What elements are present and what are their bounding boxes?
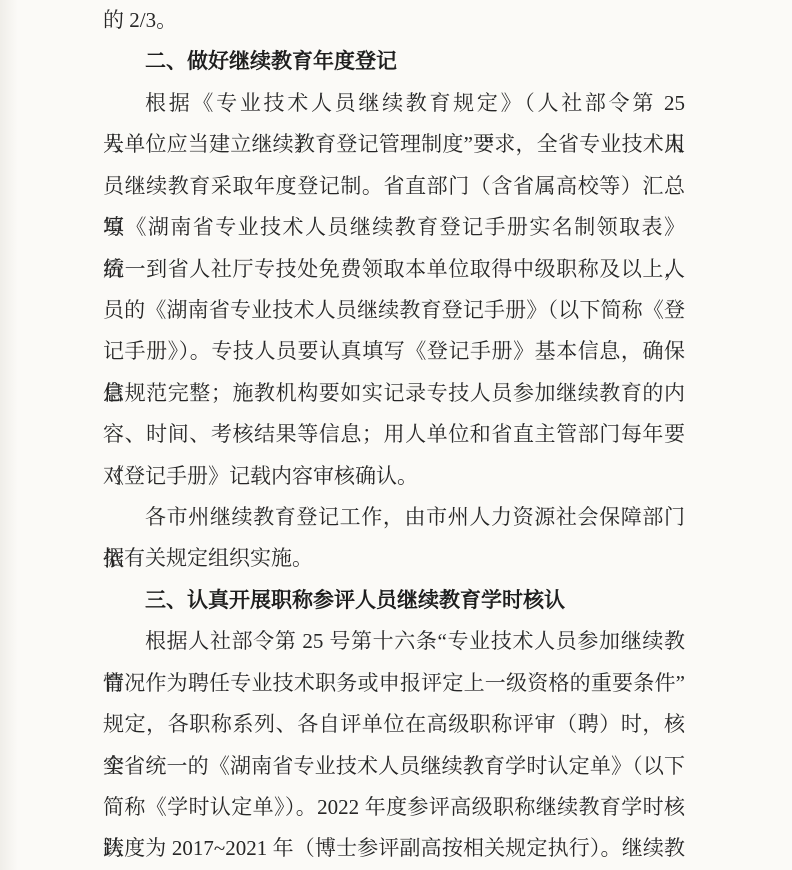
text-line: 根据人社部令第 25 号第十六条“专业技术人员参加继续教育 (103, 621, 685, 662)
text-line: 规定，各职称系列、各自评单位在高级职称评审（聘）时，核实 (103, 704, 685, 745)
text-line: 情况作为聘任专业技术职务或申报评定上一级资格的重要条件” (103, 663, 685, 704)
text-line: 跨度为 2017~2021 年（博士参评副高按相关规定执行）。继续教 (103, 828, 685, 869)
text-line: 统一到省人社厅专技处免费领取本单位取得中级职称及以上人 (103, 249, 685, 290)
section-heading: 三、认真开展职称参评人员继续教育学时核认 (103, 580, 685, 621)
text-line: 记手册》）。专技人员要认真填写《登记手册》基本信息，确保信 (103, 331, 685, 372)
text-line: 全省统一的《湖南省专业技术人员继续教育学时认定单》（以下 (103, 746, 685, 787)
document-page: 的 2/3。二、做好继续教育年度登记根据《专业技术人员继续教育规定》（人社部令第… (0, 0, 792, 870)
text-line: 根据《专业技术人员继续教育规定》（人社部令第 25 号）“用 (103, 83, 685, 124)
text-line: 息规范完整；施教机构要如实记录专技人员参加继续教育的内 (103, 373, 685, 414)
text-line: 的 2/3。 (103, 0, 685, 41)
text-line: 据有关规定组织实施。 (103, 538, 685, 579)
text-line: 人单位应当建立继续教育登记管理制度”要求，全省专业技术人 (103, 124, 685, 165)
section-heading: 二、做好继续教育年度登记 (103, 41, 685, 82)
document-body: 的 2/3。二、做好继续教育年度登记根据《专业技术人员继续教育规定》（人社部令第… (103, 0, 685, 870)
text-line: 员继续教育采取年度登记制。省直部门（含省属高校等）汇总填 (103, 166, 685, 207)
text-line: 写《湖南省专业技术人员继续教育登记手册实名制领取表》后， (103, 207, 685, 248)
text-line: 简称《学时认定单》）。2022 年度参评高级职称继续教育学时核认 (103, 787, 685, 828)
text-line: 《登记手册》记载内容审核确认。 (103, 456, 685, 497)
text-line: 各市州继续教育登记工作，由市州人力资源社会保障部门依 (103, 497, 685, 538)
text-line: 员的《湖南省专业技术人员继续教育登记手册》（以下简称《登 (103, 290, 685, 331)
text-line: 容、时间、考核结果等信息；用人单位和省直主管部门每年要对 (103, 414, 685, 455)
